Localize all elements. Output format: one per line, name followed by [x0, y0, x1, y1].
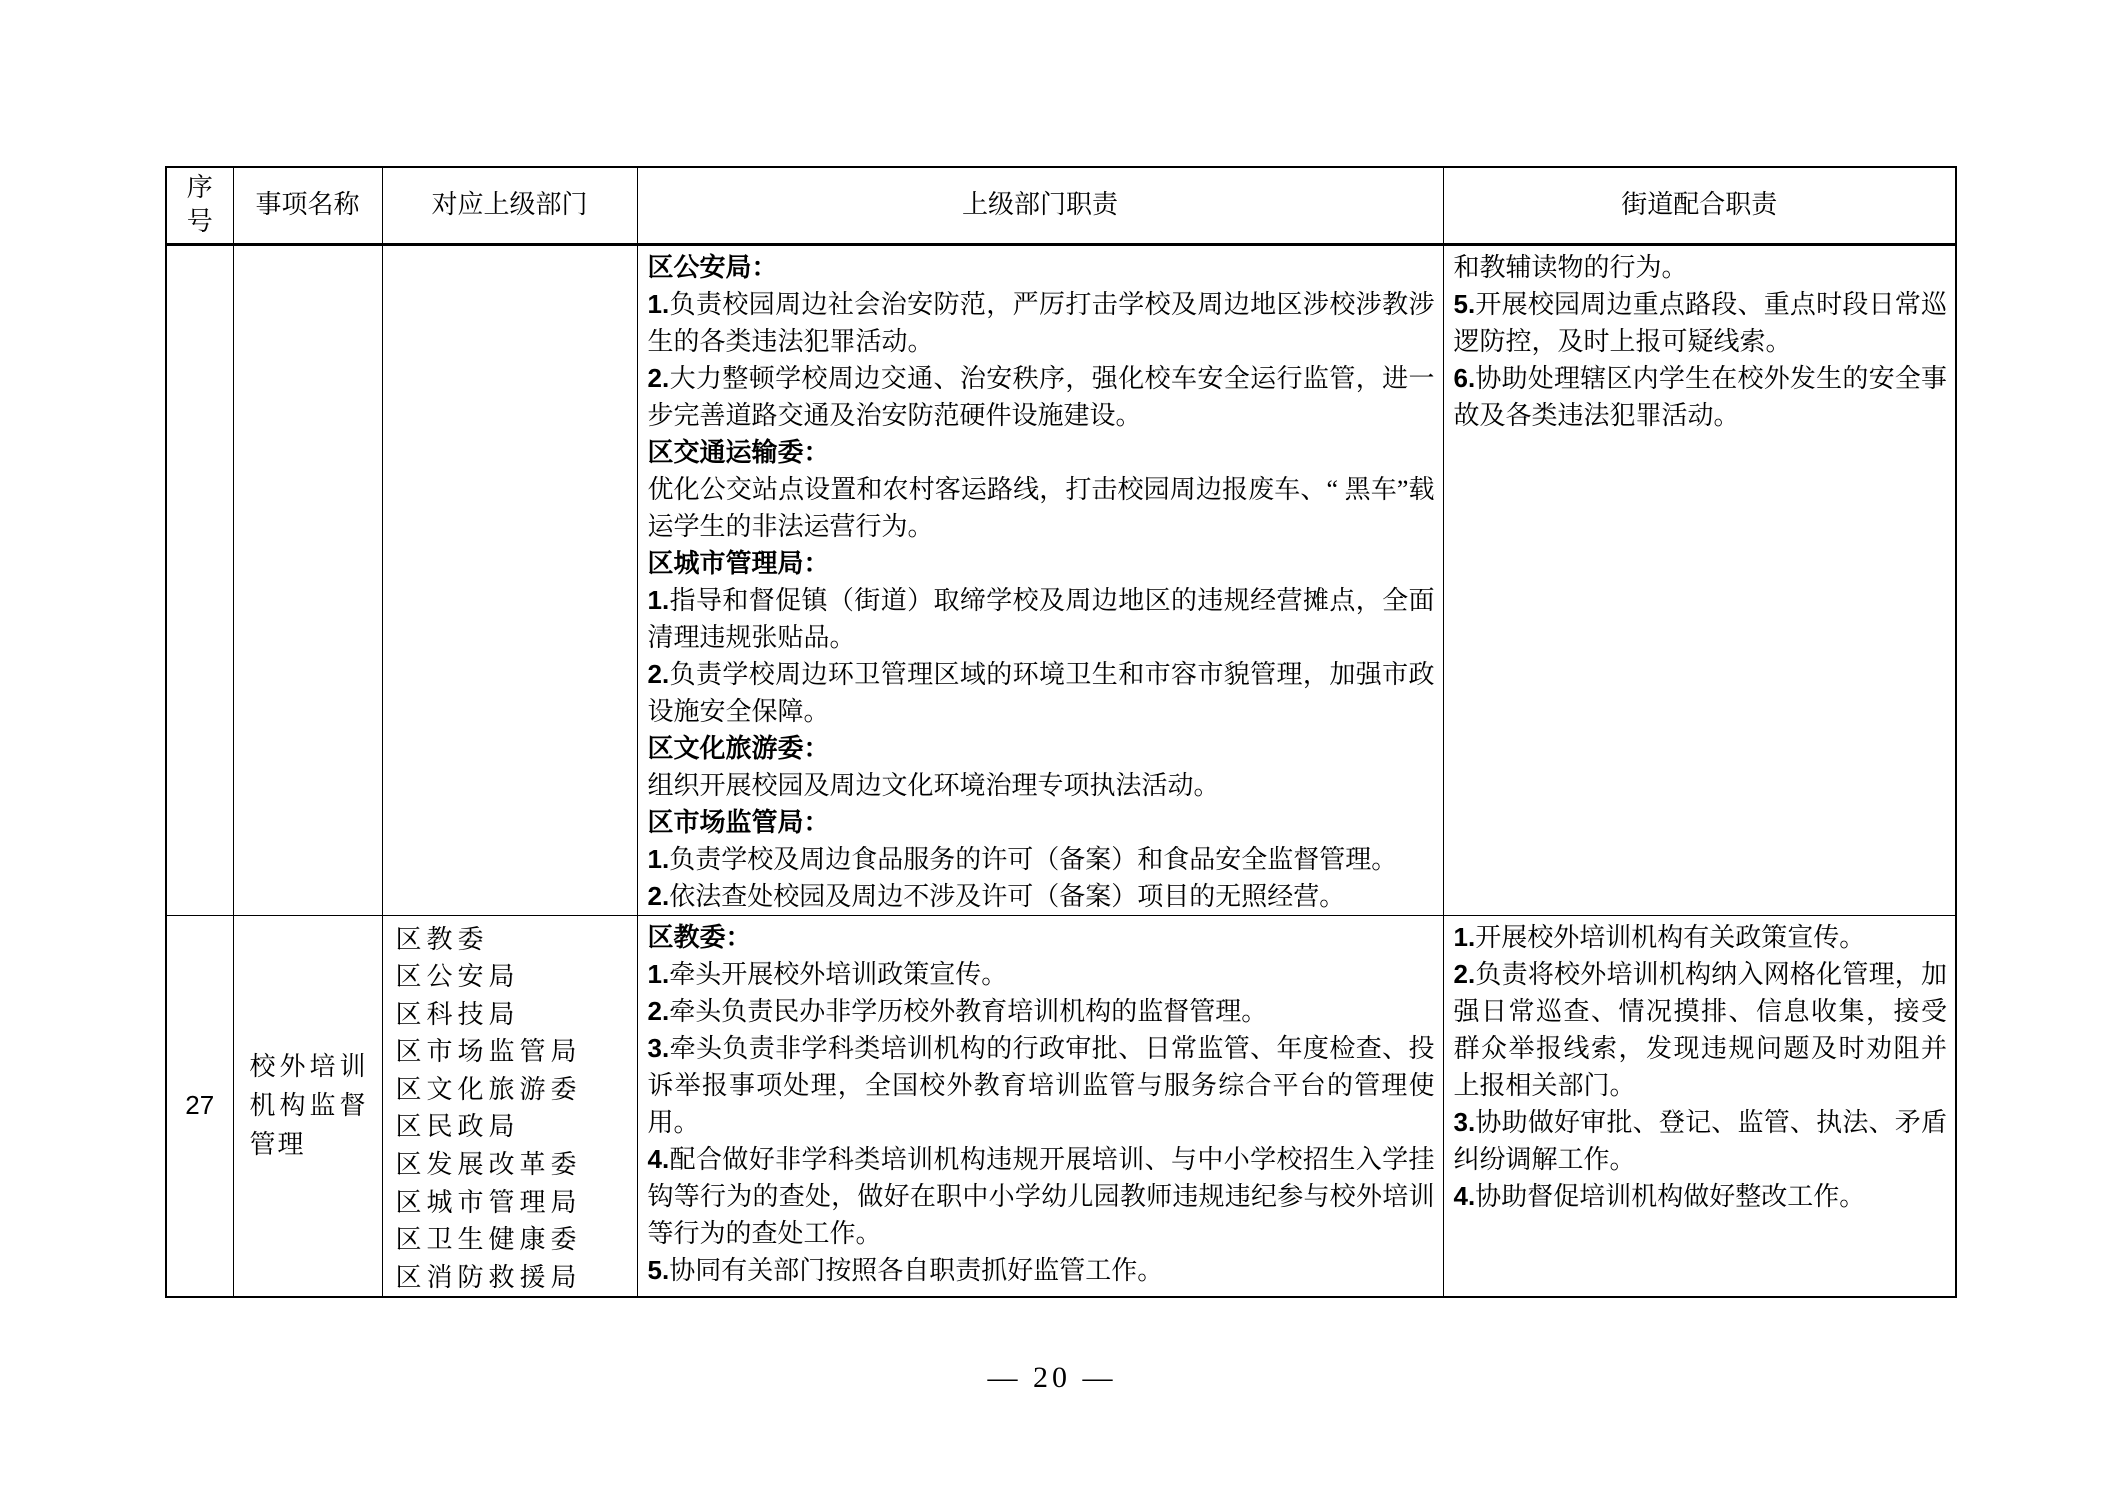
department-heading: 区城市管理局：: [648, 545, 1435, 582]
department-heading: 区文化旅游委：: [648, 730, 1435, 767]
item-number: 1.: [1454, 922, 1476, 952]
duties-table: 序号 事项名称 对应上级部门 上级部门职责 街道配合职责 区公安局：1.负责校园…: [165, 166, 1957, 1298]
duty-paragraph: 和教辅读物的行为。: [1454, 249, 1948, 286]
superior-duties-cell: 区公安局：1.负责校园周边社会治安防范，严厉打击学校及周边地区涉校涉教涉生的各类…: [637, 244, 1443, 915]
department-item: 区发展改革委: [396, 1146, 633, 1184]
department-item: 区消防救援局: [396, 1259, 633, 1297]
department-item: 区民政局: [396, 1108, 633, 1146]
duty-paragraph: 1.指导和督促镇（街道）取缔学校及周边地区的违规经营摊点，全面清理违规张贴品。: [648, 582, 1435, 656]
item-number: 1.: [648, 585, 670, 615]
department-item: 区公安局: [396, 958, 633, 996]
col-header-street-duties: 街道配合职责: [1443, 167, 1956, 244]
department-heading: 区交通运输委：: [648, 434, 1435, 471]
duty-paragraph: 3.牵头负责非学科类培训机构的行政审批、日常监管、年度检查、投诉举报事项处理，全…: [648, 1030, 1435, 1141]
seq-cell: [166, 244, 233, 915]
duty-paragraph: 5.协同有关部门按照各自职责抓好监管工作。: [648, 1252, 1435, 1289]
department-heading: 区公安局：: [648, 249, 1435, 286]
item-number: 1.: [648, 959, 670, 989]
col-header-departments: 对应上级部门: [382, 167, 637, 244]
item-name-line: 校外培训: [250, 1047, 366, 1086]
table-row-27: 27 校外培训机构监督管理 区教委区公安局区科技局区市场监管局区文化旅游委区民政…: [166, 915, 1956, 1297]
duty-paragraph: 2.大力整顿学校周边交通、治安秩序，强化校车安全运行监管，进一步完善道路交通及治…: [648, 360, 1435, 434]
item-number: 5.: [1454, 289, 1476, 319]
item-name-cell: [233, 244, 382, 915]
duty-paragraph: 6.协助处理辖区内学生在校外发生的安全事故及各类违法犯罪活动。: [1454, 360, 1948, 434]
department-item: 区科技局: [396, 996, 633, 1034]
item-name-line: 管理: [250, 1125, 366, 1164]
item-number: 3.: [648, 1033, 670, 1063]
item-number: 6.: [1454, 363, 1476, 393]
duty-paragraph: 2.牵头负责民办非学历校外教育培训机构的监督管理。: [648, 993, 1435, 1030]
col-header-seq: 序号: [166, 167, 233, 244]
duty-paragraph: 3.协助做好审批、登记、监管、执法、矛盾纠纷调解工作。: [1454, 1104, 1948, 1178]
duty-paragraph: 4.协助督促培训机构做好整改工作。: [1454, 1178, 1948, 1215]
duty-paragraph: 2.负责将校外培训机构纳入网格化管理，加强日常巡查、情况摸排、信息收集，接受群众…: [1454, 956, 1948, 1104]
col-header-superior-duties: 上级部门职责: [637, 167, 1443, 244]
item-number: 2.: [648, 996, 670, 1026]
header-row: 序号 事项名称 对应上级部门 上级部门职责 街道配合职责: [166, 167, 1956, 244]
department-item: 区城市管理局: [396, 1184, 633, 1222]
duty-paragraph: 1.负责校园周边社会治安防范，严厉打击学校及周边地区涉校涉教涉生的各类违法犯罪活…: [648, 286, 1435, 360]
table-row-continued: 区公安局：1.负责校园周边社会治安防范，严厉打击学校及周边地区涉校涉教涉生的各类…: [166, 244, 1956, 915]
item-number: 3.: [1454, 1107, 1476, 1137]
item-number: 4.: [648, 1144, 670, 1174]
item-number: 5.: [648, 1255, 670, 1285]
document-page: 序号 事项名称 对应上级部门 上级部门职责 街道配合职责 区公安局：1.负责校园…: [0, 0, 2104, 1488]
department-heading: 区教委：: [648, 919, 1435, 956]
item-number: 2.: [648, 881, 670, 911]
departments-cell: [382, 244, 637, 915]
department-item: 区文化旅游委: [396, 1071, 633, 1109]
item-number: 1.: [648, 844, 670, 874]
duty-paragraph: 1.负责学校及周边食品服务的许可（备案）和食品安全监督管理。: [648, 841, 1435, 878]
duty-paragraph: 优化公交站点设置和农村客运路线，打击校园周边报废车、“ 黑车”载运学生的非法运营…: [648, 471, 1435, 545]
duty-paragraph: 1.牵头开展校外培训政策宣传。: [648, 956, 1435, 993]
item-number: 2.: [648, 659, 670, 689]
department-heading: 区市场监管局：: [648, 804, 1435, 841]
street-duties-cell: 和教辅读物的行为。5.开展校园周边重点路段、重点时段日常巡逻防控，及时上报可疑线…: [1443, 244, 1956, 915]
duty-paragraph: 5.开展校园周边重点路段、重点时段日常巡逻防控，及时上报可疑线索。: [1454, 286, 1948, 360]
superior-duties-cell: 区教委：1.牵头开展校外培训政策宣传。2.牵头负责民办非学历校外教育培训机构的监…: [637, 915, 1443, 1297]
duty-paragraph: 4.配合做好非学科类培训机构违规开展培训、与中小学校招生入学挂钩等行为的查处，做…: [648, 1141, 1435, 1252]
department-item: 区卫生健康委: [396, 1221, 633, 1259]
department-item: 区教委: [396, 921, 633, 959]
item-name-cell: 校外培训机构监督管理: [233, 915, 382, 1297]
item-number: 4.: [1454, 1181, 1476, 1211]
department-item: 区市场监管局: [396, 1033, 633, 1071]
item-number: 2.: [648, 363, 670, 393]
duty-paragraph: 1.开展校外培训机构有关政策宣传。: [1454, 919, 1948, 956]
seq-cell: 27: [166, 915, 233, 1297]
item-number: 2.: [1454, 959, 1476, 989]
item-number: 1.: [648, 289, 670, 319]
street-duties-cell: 1.开展校外培训机构有关政策宣传。2.负责将校外培训机构纳入网格化管理，加强日常…: [1443, 915, 1956, 1297]
col-header-item-name: 事项名称: [233, 167, 382, 244]
duty-paragraph: 2.依法查处校园及周边不涉及许可（备案）项目的无照经营。: [648, 878, 1435, 915]
duty-paragraph: 2.负责学校周边环卫管理区域的环境卫生和市容市貌管理，加强市政设施安全保障。: [648, 656, 1435, 730]
item-name-line: 机构监督: [250, 1086, 366, 1125]
page-number: — 20 —: [0, 1358, 2104, 1398]
duty-paragraph: 组织开展校园及周边文化环境治理专项执法活动。: [648, 767, 1435, 804]
departments-cell: 区教委区公安局区科技局区市场监管局区文化旅游委区民政局区发展改革委区城市管理局区…: [382, 915, 637, 1297]
